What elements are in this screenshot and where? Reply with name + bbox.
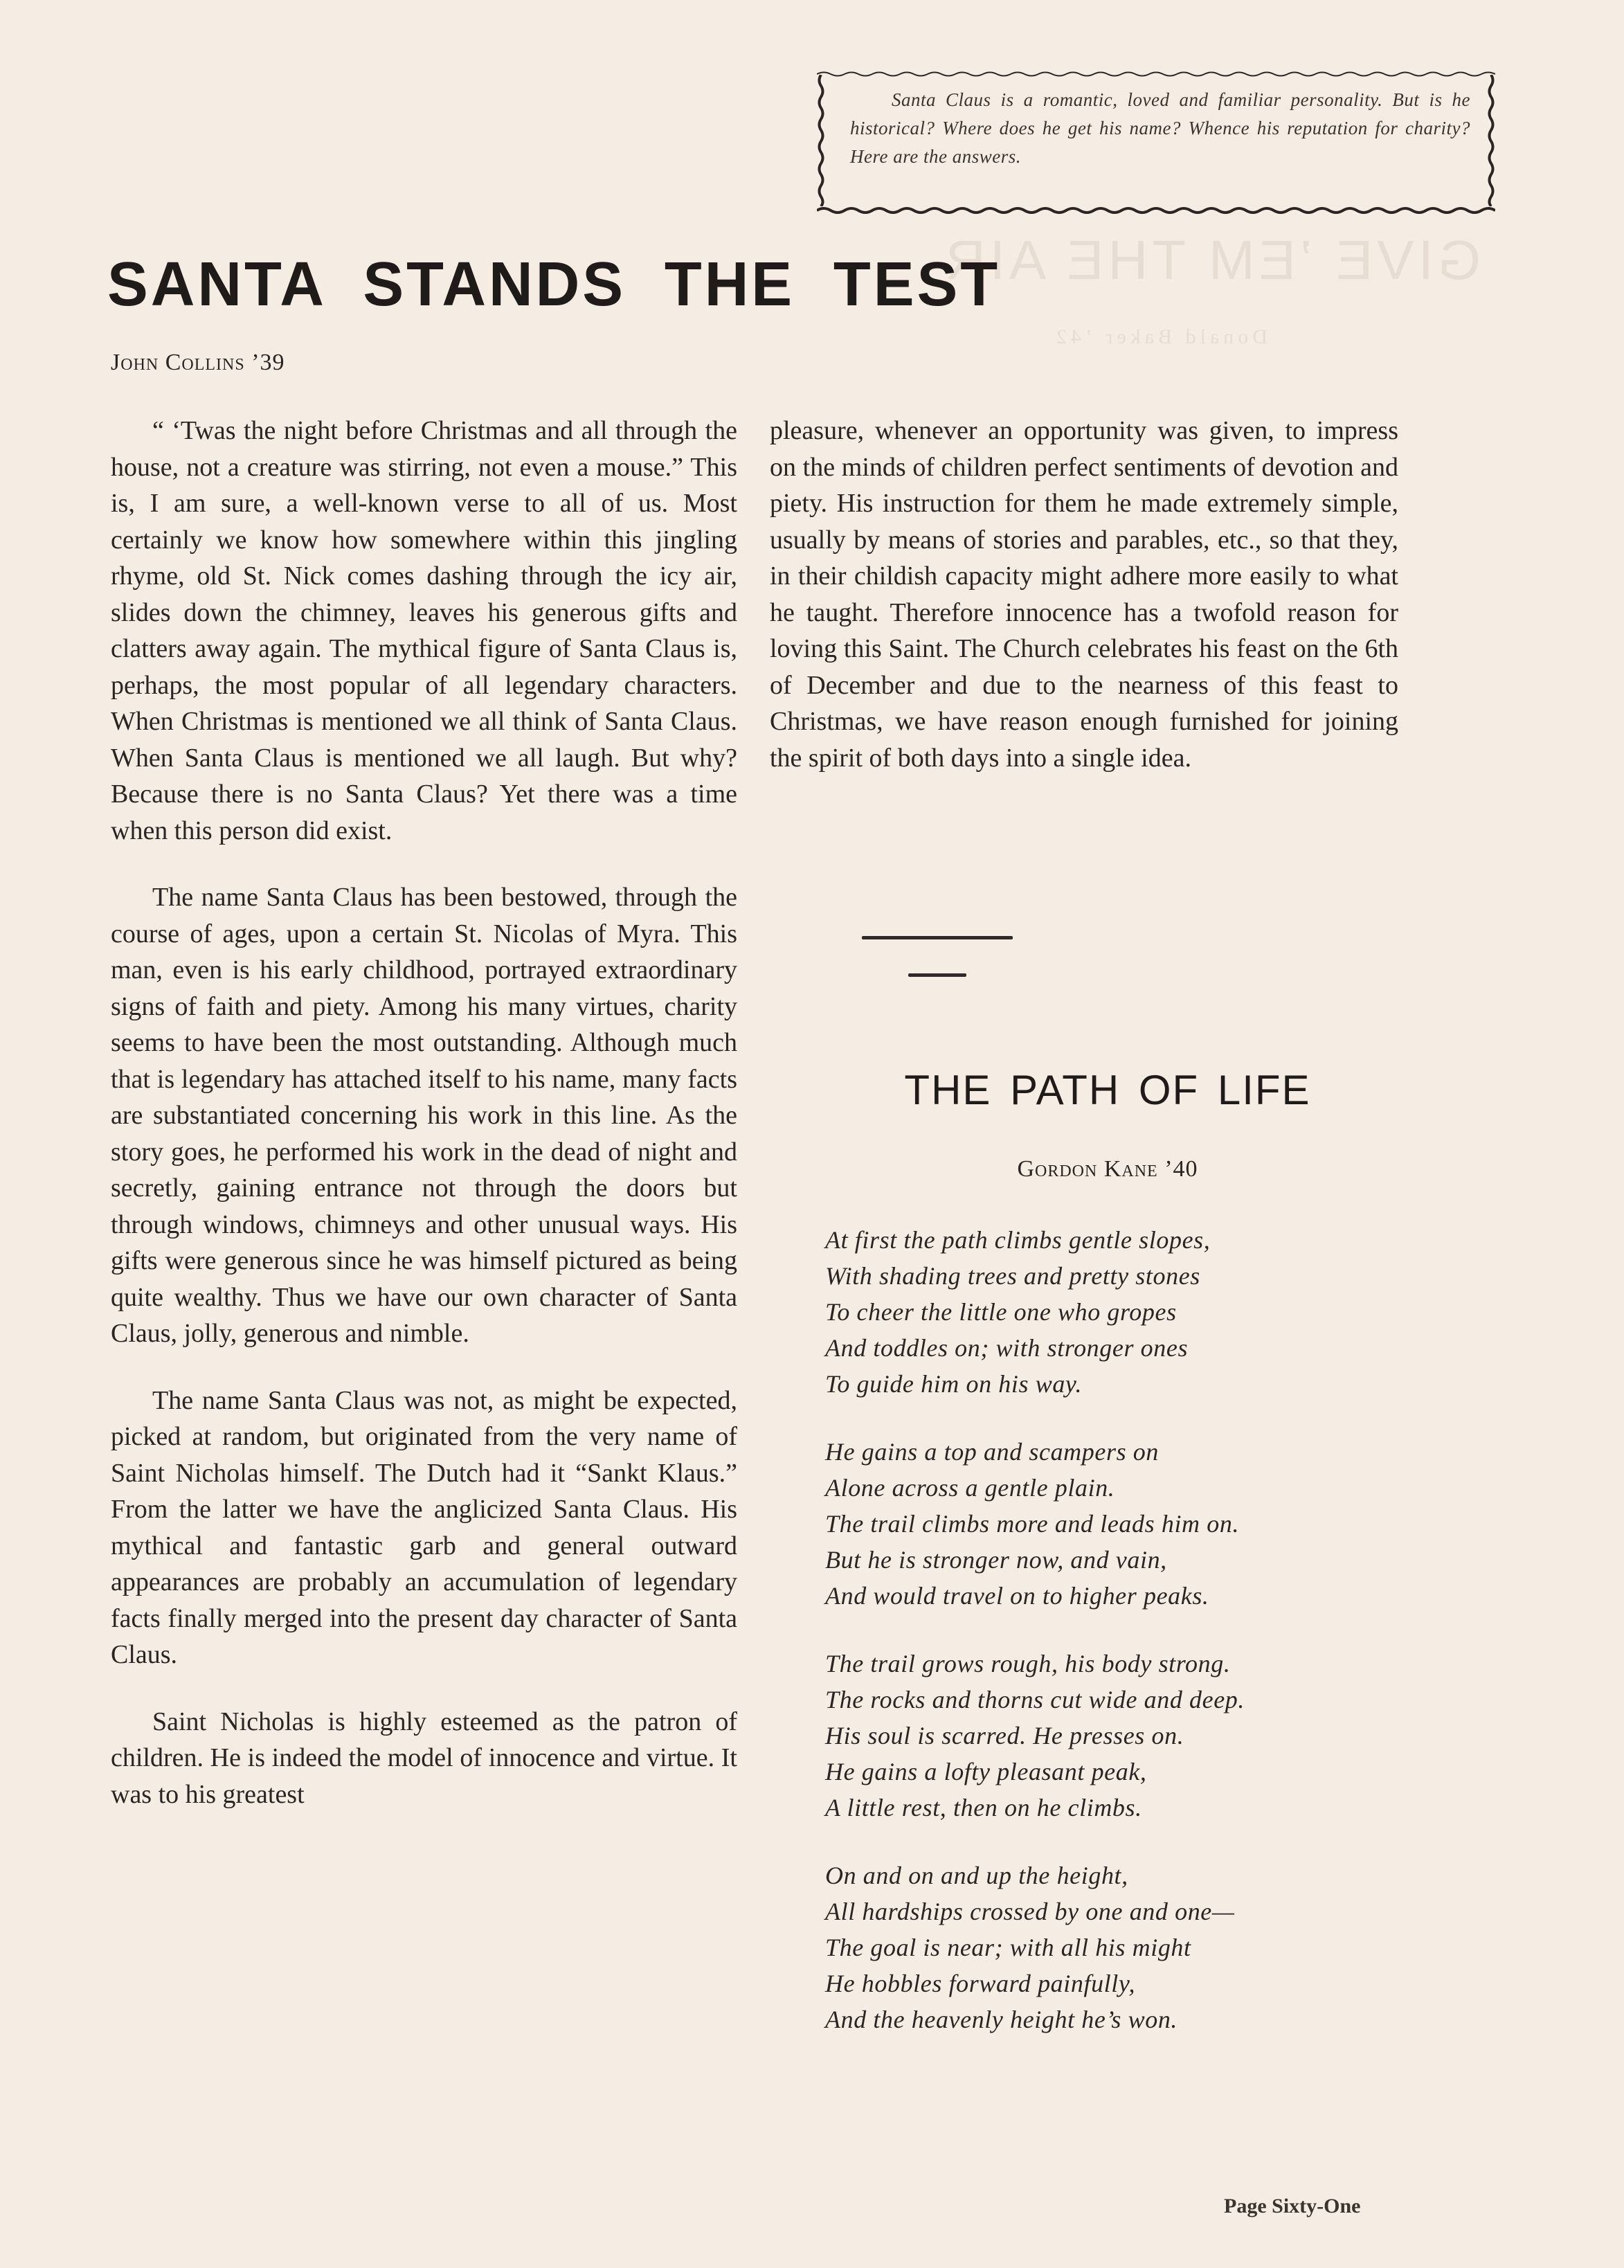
poem-line: The trail climbs more and leads him on. <box>825 1506 1245 1542</box>
show-through-byline: Donald Baker ’42 <box>1052 325 1267 349</box>
poem-body: At first the path climbs gentle slopes, … <box>825 1222 1245 2069</box>
separator-rule-long <box>862 936 1013 939</box>
poem-line: He hobbles forward painfully, <box>825 1965 1245 2001</box>
poem-line: To cheer the little one who gropes <box>825 1294 1245 1330</box>
poem-line: And would travel on to higher peaks. <box>825 1578 1245 1614</box>
article-column-left: “ ‘Twas the night before Christmas and a… <box>111 413 737 1812</box>
wavy-border-top <box>817 71 1495 78</box>
poem-line: His soul is scarred. He presses on. <box>825 1718 1245 1754</box>
article-title: SANTA STANDS THE TEST <box>107 249 1000 321</box>
poem-byline: Gordon Kane ’40 <box>824 1156 1391 1182</box>
poem-line: With shading trees and pretty stones <box>825 1258 1245 1294</box>
poem-line: He gains a lofty pleasant peak, <box>825 1754 1245 1790</box>
poem-line: And the heavenly height he’s won. <box>825 2001 1245 2037</box>
poem-line: All hardships crossed by one and one— <box>825 1893 1245 1929</box>
poem-stanza: At first the path climbs gentle slopes, … <box>825 1222 1245 1402</box>
poem-line: And toddles on; with stronger ones <box>825 1330 1245 1366</box>
poem-line: The goal is near; with all his might <box>825 1929 1245 1965</box>
article-paragraph: “ ‘Twas the night before Christmas and a… <box>111 413 737 849</box>
poem-line: He gains a top and scampers on <box>825 1434 1245 1470</box>
poem-stanza: On and on and up the height, All hardshi… <box>825 1857 1245 2037</box>
poem-stanza: He gains a top and scampers on Alone acr… <box>825 1434 1245 1614</box>
article-paragraph: pleasure, whenever an opportunity was gi… <box>770 413 1398 776</box>
poem-line: The rocks and thorns cut wide and deep. <box>825 1682 1245 1718</box>
poem-line: On and on and up the height, <box>825 1857 1245 1893</box>
page-number: Page Sixty-One <box>1224 2195 1360 2218</box>
poem-line: The trail grows rough, his body strong. <box>825 1646 1245 1682</box>
intro-blurb-text: Santa Claus is a romantic, loved and fam… <box>850 86 1470 171</box>
article-column-right: pleasure, whenever an opportunity was gi… <box>770 413 1398 776</box>
poem-stanza: The trail grows rough, his body strong. … <box>825 1646 1245 1826</box>
article-paragraph: Saint Nicholas is highly esteemed as the… <box>111 1704 737 1813</box>
wavy-border-left <box>817 75 825 206</box>
poem-line: At first the path climbs gentle slopes, <box>825 1222 1245 1258</box>
wavy-border-bottom <box>817 205 1495 215</box>
poem-line: A little rest, then on he climbs. <box>825 1790 1245 1826</box>
intro-blurb-box: Santa Claus is a romantic, loved and fam… <box>817 75 1495 215</box>
poem-line: To guide him on his way. <box>825 1366 1245 1402</box>
poem-title: THE PATH OF LIFE <box>824 1066 1391 1114</box>
article-paragraph: The name Santa Claus has been bestowed, … <box>111 879 737 1352</box>
article-paragraph: The name Santa Claus was not, as might b… <box>111 1383 737 1673</box>
poem-line: But he is stronger now, and vain, <box>825 1542 1245 1578</box>
show-through-title: GIVE ’EM THE AIR <box>941 228 1481 292</box>
poem-line: Alone across a gentle plain. <box>825 1470 1245 1506</box>
wavy-border-right <box>1487 75 1495 206</box>
article-byline: John Collins ’39 <box>111 350 285 376</box>
separator-rule-short <box>908 973 966 977</box>
